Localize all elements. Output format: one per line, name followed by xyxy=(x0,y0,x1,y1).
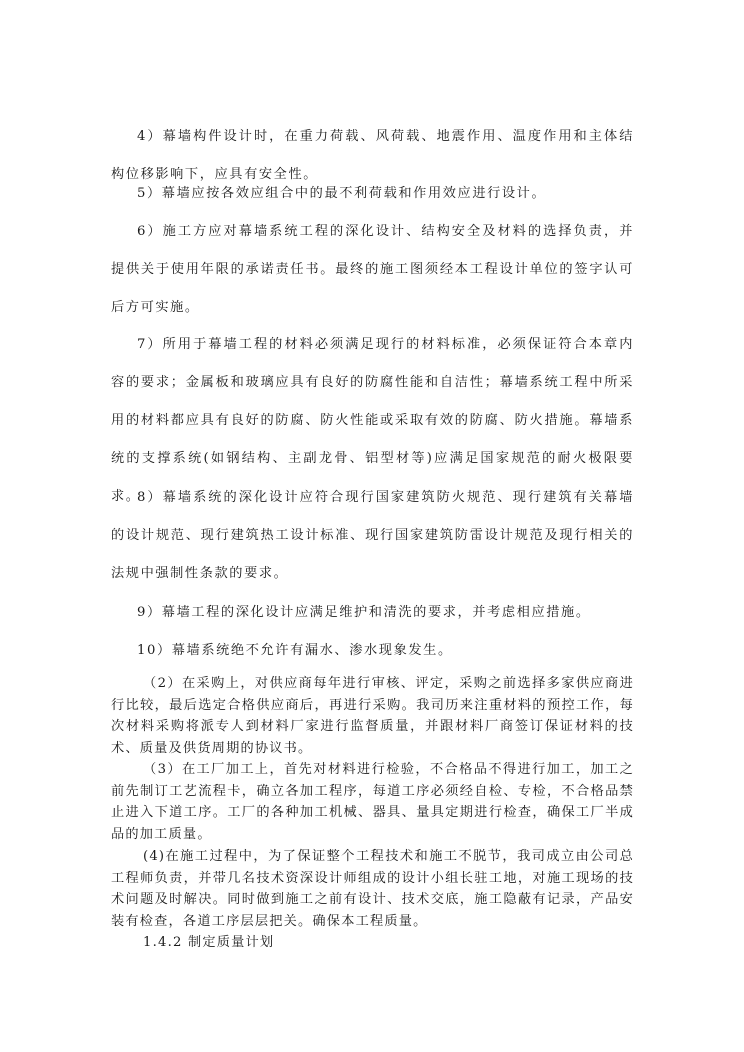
item-9: 9）幕墙工程的深化设计应满足维护和清洗的要求，并考虑相应措施。 xyxy=(111,594,634,632)
item-6: 6）施工方应对幕墙系统工程的深化设计、结构安全及材料的选择负责，并提供关于使用年… xyxy=(111,213,634,327)
paragraph-factory: （3）在工厂加工上，首先对材料进行检验，不合格品不得进行加工，加工之前先制订工艺… xyxy=(111,759,634,845)
paragraph-procurement: （2）在采购上，对供应商每年进行审核、评定，采购之前选择多家供应商进行比较，最后… xyxy=(111,673,634,759)
item-5: 5）幕墙应按各效应组合中的最不利荷载和作用效应进行设计。 xyxy=(111,175,634,213)
document-page: 4）幕墙构件设计时，在重力荷载、风荷载、地震作用、温度作用和主体结构位移影响下，… xyxy=(0,0,744,1052)
paragraph-construction: (4)在施工过程中，为了保证整个工程技术和施工不脱节，我司成立由公司总工程师负责… xyxy=(111,846,634,932)
item-8: 8）幕墙系统的深化设计应符合现行国家建筑防火规范、现行建筑有关幕墙的设计规范、现… xyxy=(111,479,634,593)
item-10: 10）幕墙系统绝不允许有漏水、渗水现象发生。 xyxy=(111,632,634,670)
section-heading: 1.4.2 制定质量计划 xyxy=(143,932,274,954)
